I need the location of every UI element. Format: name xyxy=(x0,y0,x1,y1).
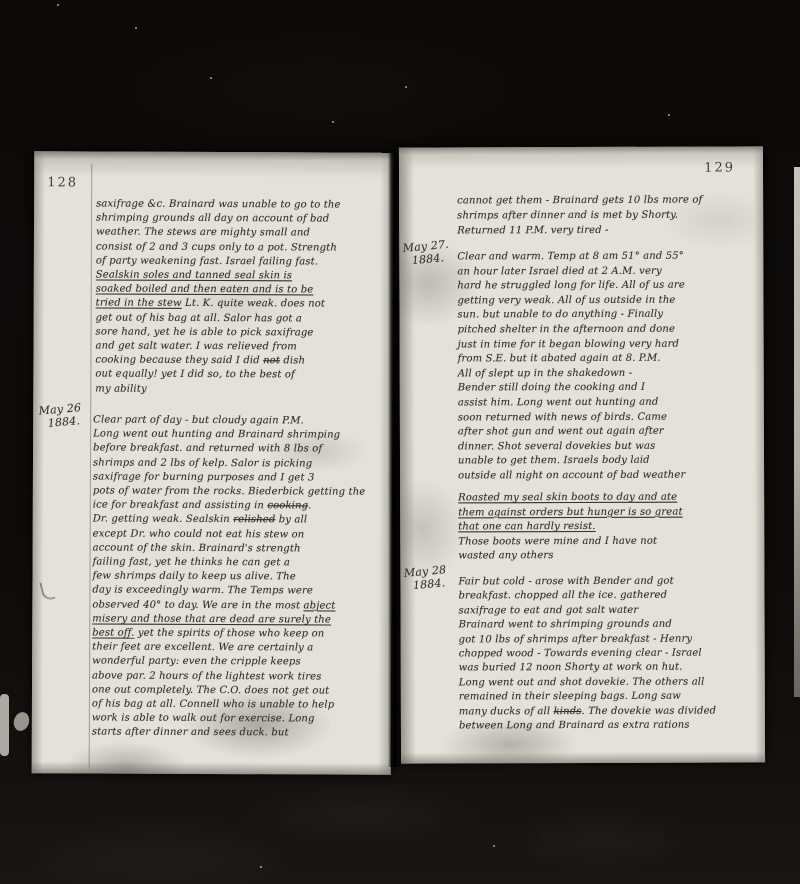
dust-speck xyxy=(332,121,334,123)
handwritten-line: pitched shelter in the afternoon and don… xyxy=(458,323,686,338)
entry-date: May 261884. xyxy=(38,400,92,430)
handwritten-line: Returned 11 P.M. very tired - xyxy=(457,223,702,239)
dust-speck xyxy=(210,77,212,79)
handwritten-line: that one can hardly resist. xyxy=(458,520,682,535)
handwritten-line: sore hand, yet he is able to pick saxifr… xyxy=(96,325,341,340)
handwritten-line: saxifrage &c. Brainard was unable to go … xyxy=(96,197,341,212)
right-page-text: cannot get them - Brainard gets 10 lbs m… xyxy=(399,146,763,147)
dust-speck xyxy=(405,86,407,88)
handwritten-line: an hour later Israel died at 2 A.M. very xyxy=(457,264,685,279)
diary-paragraph: saxifrage &c. Brainard was unable to go … xyxy=(95,197,340,397)
binding-thread xyxy=(394,149,396,767)
dust-speck xyxy=(57,4,59,6)
handwritten-line: get out of his bag at all. Salor has got… xyxy=(96,311,341,326)
handwritten-line: Sealskin soles and tanned seal skin is xyxy=(96,269,341,284)
handwritten-line: Fair but cold - arose with Bender and go… xyxy=(458,575,715,590)
handwritten-line: their feet are excellent. We are certain… xyxy=(92,641,365,656)
handwritten-line: day is exceedingly warm. The Temps were xyxy=(92,584,365,599)
handwritten-line: saxifrage for burning purposes and I get… xyxy=(93,470,366,485)
handwritten-line: ice for breakfast and assisting in cooki… xyxy=(93,499,366,514)
handwritten-line: starts after dinner and sees duck. but xyxy=(92,726,365,741)
handwritten-line: them against orders but hunger is so gre… xyxy=(458,505,682,520)
handwritten-line: work is able to walk out for exercise. L… xyxy=(92,712,365,727)
handwritten-line: Clear and warm. Temp at 8 am 51° and 55° xyxy=(457,250,685,265)
diary-paragraph: cannot get them - Brainard gets 10 lbs m… xyxy=(457,193,702,239)
handwritten-line: Long went out hunting and Brainard shrim… xyxy=(93,428,366,443)
handwritten-line: few shrimps daily to keep us alive. The xyxy=(92,570,365,585)
handwritten-line: chopped wood - Towards evening clear - I… xyxy=(459,647,716,662)
stitch-dot xyxy=(392,299,397,304)
handwritten-line: out equally! yet I did so, to the best o… xyxy=(95,368,340,383)
handwritten-line: cooking because they said I did not dish xyxy=(95,354,340,369)
handwritten-line: Bender still doing the cooking and I xyxy=(458,381,686,396)
next-page-edge xyxy=(794,167,800,697)
handwritten-line: pots of water from the rocks. Biederbick… xyxy=(93,484,366,499)
handwritten-line: Brainard went to shrimping grounds and xyxy=(459,618,716,633)
stitch-dot xyxy=(392,509,397,514)
handwritten-line: account of the skin. Brainard's strength xyxy=(93,541,366,556)
handwritten-line: above par. 2 hours of the lightest work … xyxy=(92,669,365,684)
photo-edge-artifact xyxy=(0,694,9,756)
handwritten-line: tried in the stew Lt. K. quite weak. doe… xyxy=(96,297,341,312)
handwritten-line: misery and those that are dead are surel… xyxy=(92,612,365,627)
margin-annotation-mark xyxy=(39,580,55,601)
handwritten-line: shrimps after dinner and is met by Short… xyxy=(457,208,702,224)
entry-date: May 27.1884. xyxy=(402,237,456,268)
handwritten-line: wonderful party: even the cripple keeps xyxy=(92,655,365,670)
handwritten-line: Dr. getting weak. Sealskin relished by a… xyxy=(93,513,366,528)
handwritten-line: just in time for it began blowing very h… xyxy=(458,337,686,352)
handwritten-line: of his bag at all. Connell who is unable… xyxy=(92,698,365,713)
handwritten-line: cannot get them - Brainard gets 10 lbs m… xyxy=(457,193,702,209)
handwritten-line: of party weakening fast. Israel failing … xyxy=(96,254,341,269)
handwritten-line: dinner. Shot several dovekies but was xyxy=(458,439,686,454)
handwritten-line: soon returned with news of birds. Came xyxy=(458,410,686,425)
dust-speck xyxy=(493,845,495,847)
diary-paragraph: Roasted my seal skin boots to day and at… xyxy=(458,491,683,565)
handwritten-line: between Long and Brainard as extra ratio… xyxy=(459,719,716,734)
handwritten-line: one out completely. The C.O. does not ge… xyxy=(92,683,365,698)
handwritten-line: and get salt water. I was relieved from xyxy=(95,340,340,355)
stitch-dot xyxy=(392,709,397,714)
handwritten-line: getting very weak. All of us outside in … xyxy=(457,293,685,308)
handwritten-line: weather. The stews are mighty small and xyxy=(96,226,341,241)
handwritten-line: many ducks of all kinds. The dovekie was… xyxy=(459,704,716,719)
entry-date: May 281884. xyxy=(403,562,457,593)
handwritten-line: before breakfast. and returned with 8 lb… xyxy=(93,442,366,457)
handwritten-line: Long went out and shot dovekie. The othe… xyxy=(459,675,716,690)
handwritten-line: got 10 lbs of shrimps after breakfast - … xyxy=(459,632,716,647)
handwritten-line: my ability xyxy=(95,382,340,397)
handwritten-line: consist of 2 and 3 cups only to a pot. S… xyxy=(96,240,341,255)
handwritten-line: best off. yet the spirits of those who k… xyxy=(92,627,365,642)
page-number-right: 129 xyxy=(704,160,735,175)
handwritten-line: except Dr. who could not eat his stew on xyxy=(93,527,366,542)
handwritten-line: soaked boiled and then eaten and is to b… xyxy=(96,283,341,298)
handwritten-line: unable to get them. Israels body laid xyxy=(458,454,686,469)
handwritten-line: assist him. Long went out hunting and xyxy=(458,396,686,411)
handwritten-line: failing fast, yet he thinks he can get a xyxy=(93,556,366,571)
handwritten-line: from S.E. but it abated again at 8. P.M. xyxy=(458,352,686,367)
handwritten-line: after shot gun and went out again after xyxy=(458,425,686,440)
diary-entry: May 261884.Clear part of day - but cloud… xyxy=(92,413,366,741)
handwritten-line: remained in their sleeping bags. Long sa… xyxy=(459,690,716,705)
handwritten-line: observed 40° to day. We are in the most … xyxy=(92,598,365,613)
handwritten-line: wasted any others xyxy=(458,549,682,564)
handwritten-line: sun. but unable to do anything - Finally xyxy=(457,308,685,323)
dust-speck xyxy=(135,27,137,29)
dust-speck xyxy=(260,866,262,868)
stitch-dot xyxy=(392,614,397,619)
handwritten-line: was buried 12 noon Shorty at work on hut… xyxy=(459,661,716,676)
handwritten-line: Those boots were mine and I have not xyxy=(458,534,682,549)
diary-entry: May 27.1884.Clear and warm. Temp at 8 am… xyxy=(457,250,685,484)
page-number-left: 128 xyxy=(47,175,78,190)
handwritten-line: All of slept up in the shakedown - xyxy=(458,366,686,381)
handwritten-line: shrimps and 2 lbs of kelp. Salor is pick… xyxy=(93,456,366,471)
stitch-dot xyxy=(392,404,397,409)
handwritten-line: outside all night on account of bad weat… xyxy=(458,469,686,484)
diary-entry: May 281884.Fair but cold - arose with Be… xyxy=(458,575,716,734)
dust-speck xyxy=(668,114,670,116)
handwritten-line: hard he struggled long for life. All of … xyxy=(457,279,685,294)
diary-page-right: 129 cannot get them - Brainard gets 10 l… xyxy=(399,146,765,763)
handwritten-line: saxifrage to eat and got salt water xyxy=(459,603,716,618)
handwritten-line: shrimping grounds all day on account of … xyxy=(96,212,341,227)
diary-page-left: 128 saxifrage &c. Brainard was unable to… xyxy=(32,151,394,775)
handwritten-line: Roasted my seal skin boots to day and at… xyxy=(458,491,682,506)
handwritten-line: Clear part of day - but cloudy again P.M… xyxy=(93,413,366,428)
handwritten-line: breakfast. chopped all the ice. gathered xyxy=(458,589,715,604)
